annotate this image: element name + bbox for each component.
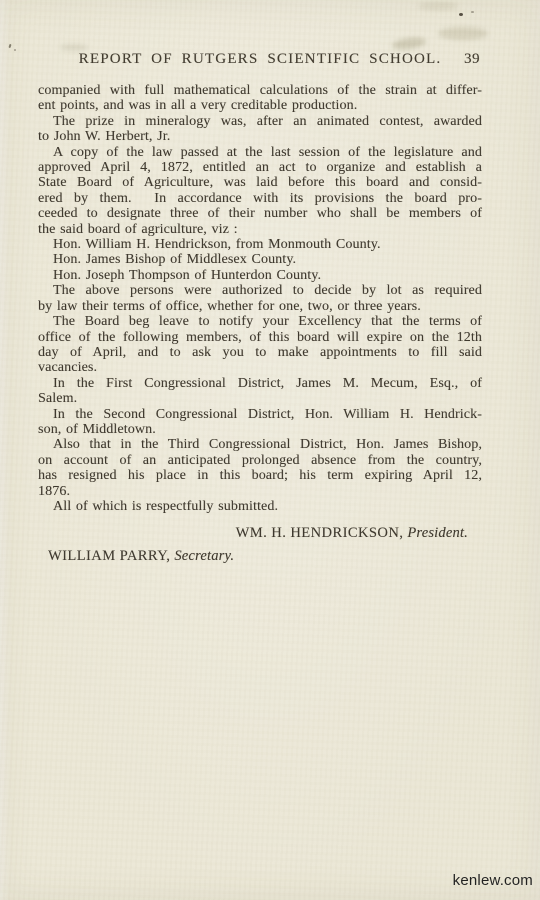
text-line: Salem. [38,391,482,406]
signature-secretary-title: Secretary. [174,548,234,564]
text-line: In the Second Congressional District, Ho… [38,407,482,422]
text-line: office of the following members, of this… [38,330,482,345]
text-line: day of April, and to ask you to make app… [38,345,482,360]
text-line: on account of an anticipated prolonged a… [38,453,482,468]
text-line: State Board of Agriculture, was laid bef… [38,175,482,190]
ink-showthrough-smudge [391,36,426,52]
text-line: by law their terms of office, whether fo… [38,299,482,314]
scanner-watermark: kenlew.com [453,872,533,889]
text-line: companied with full mathematical calcula… [38,83,482,98]
text-line: The Board beg leave to notify your Excel… [38,314,482,329]
text-line: All of which is respectfully submitted. [38,499,482,514]
text-line: A copy of the law passed at the last ses… [38,145,482,160]
signature-secretary-name: WILLIAM PARRY, [48,548,170,564]
text-line: has resigned his place in this board; hi… [38,468,482,483]
ink-speck [8,44,11,48]
page-header-title: REPORT OF RUTGERS SCIENTIFIC SCHOOL. [79,51,442,67]
page-number: 39 [464,51,480,68]
ink-speck [14,49,16,51]
page-header: REPORT OF RUTGERS SCIENTIFIC SCHOOL. 39 [38,51,482,69]
text-line: Hon. William H. Hendrickson, from Monmou… [38,237,482,252]
text-line: Hon. James Bishop of Middlesex County. [38,252,482,267]
text-line: The prize in mineralogy was, after an an… [38,114,482,129]
scanned-document-page: REPORT OF RUTGERS SCIENTIFIC SCHOOL. 39 … [0,0,540,900]
text-line: 1876. [38,484,482,499]
signature-president-name: WM. H. HENDRICKSON, [236,525,404,541]
text-line: Hon. Joseph Thompson of Hunterdon County… [38,268,482,283]
ink-speck [471,11,474,13]
signature-president-title: President. [407,525,468,541]
text-line: the said board of agriculture, viz : [38,222,482,237]
text-line: ered by them. In accordance with its pro… [38,191,482,206]
ink-showthrough-smudge [438,27,488,40]
ink-speck [459,13,463,16]
text-line: vacancies. [38,360,482,375]
text-line: to John W. Herbert, Jr. [38,129,482,144]
text-line: Also that in the Third Congressional Dis… [38,437,482,452]
signature-president: WM. H. HENDRICKSON,President. [38,525,468,542]
text-line: son, of Middletown. [38,422,482,437]
text-line: approved April 4, 1872, entitled an act … [38,160,482,175]
ink-showthrough-smudge [60,44,88,51]
ink-showthrough-smudge [418,2,458,10]
text-line: ent points, and was in all a very credit… [38,98,482,113]
body-text: companied with full mathematical calcula… [38,83,482,514]
text-line: The above persons were authorized to dec… [38,283,482,298]
text-line: ceeded to designate three of their numbe… [38,206,482,221]
signature-secretary: WILLIAM PARRY,Secretary. [48,548,234,565]
text-line: In the First Congressional District, Jam… [38,376,482,391]
